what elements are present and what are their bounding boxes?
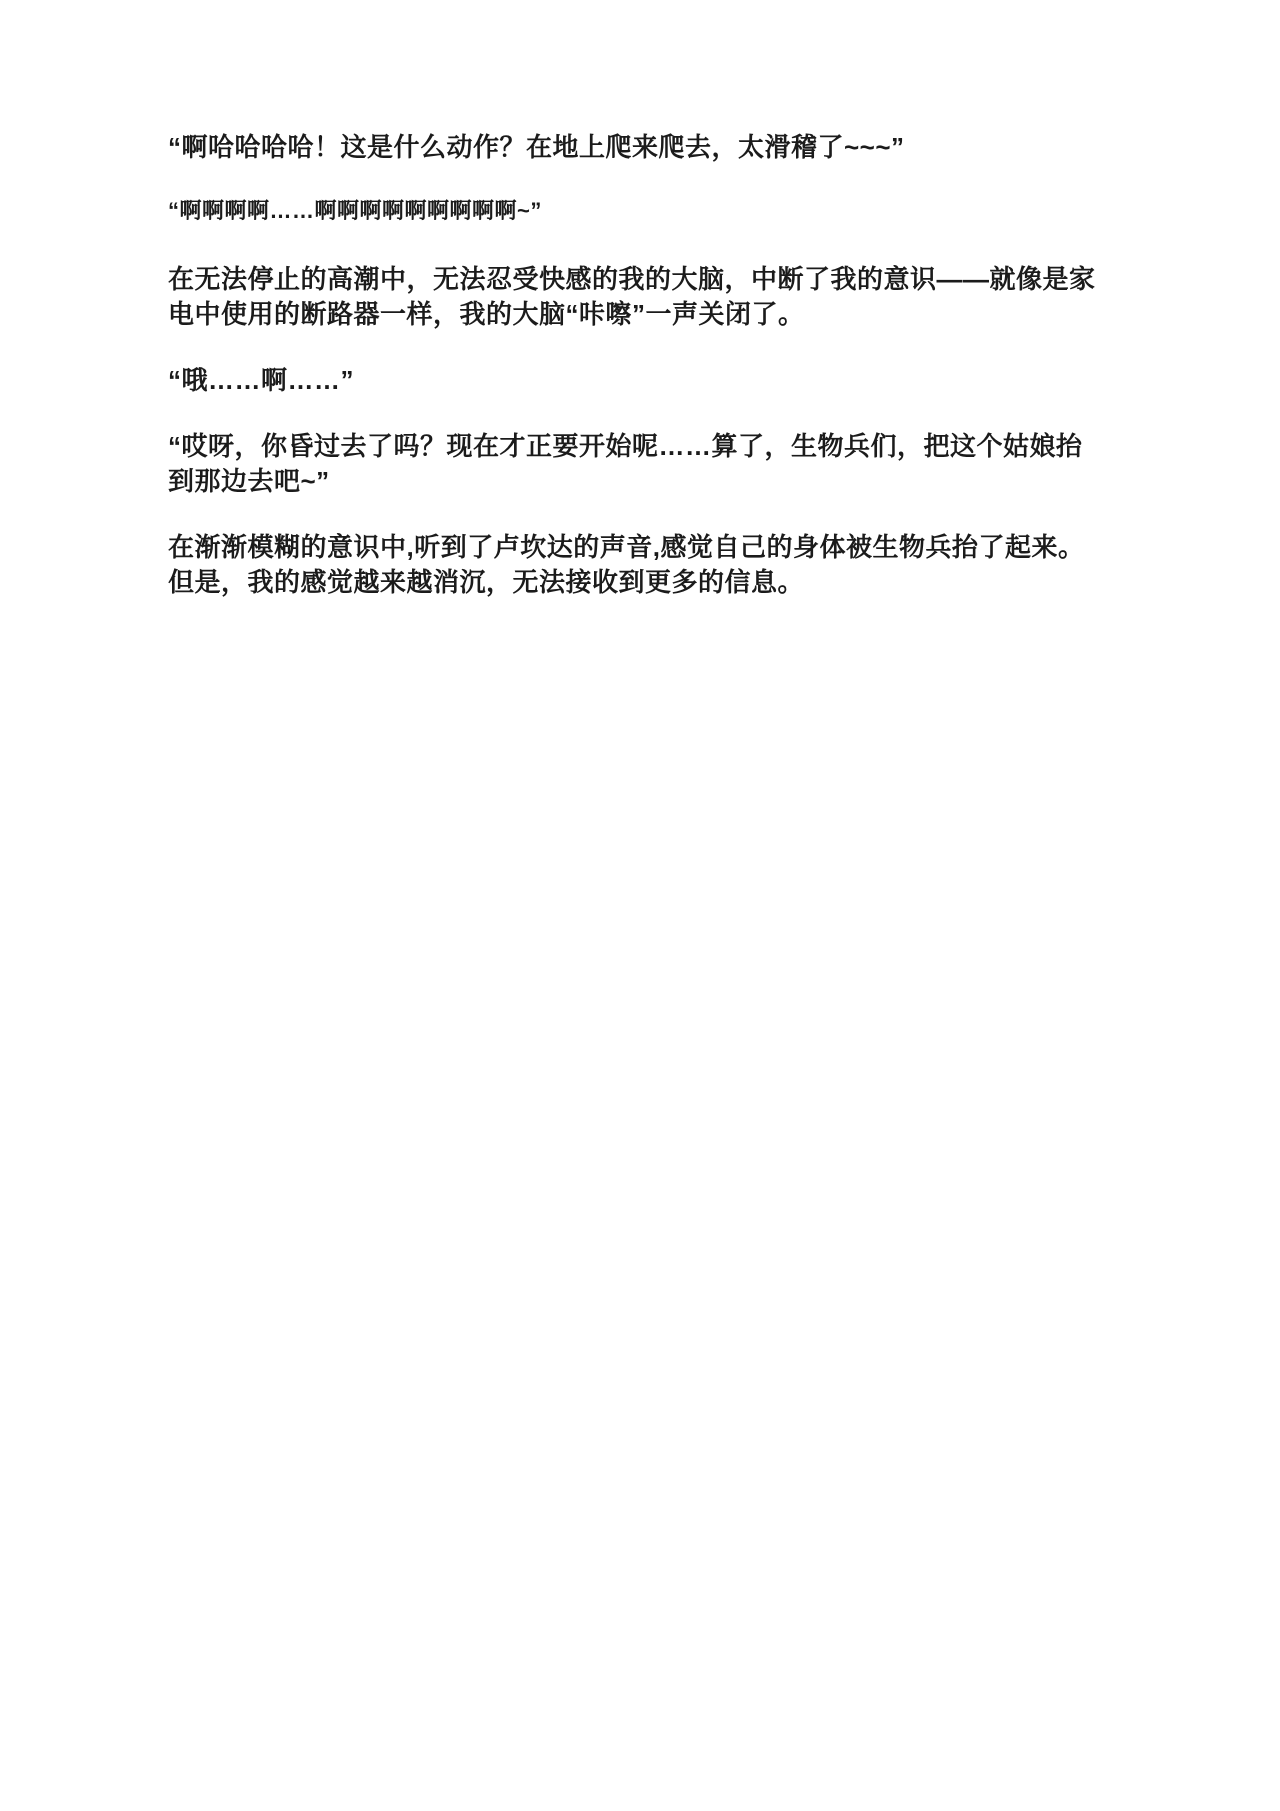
paragraph-narration-1: 在无法停止的高潮中，无法忍受快感的我的大脑，中断了我的意识——就像是家电中使用的… <box>168 262 1098 332</box>
paragraph-dialogue-1: “啊哈哈哈哈！这是什么动作？在地上爬来爬去，太滑稽了~~~” <box>168 130 1098 165</box>
paragraph-narration-2: 在渐渐模糊的意识中,听到了卢坎达的声音,感觉自己的身体被生物兵抬了起来。但是，我… <box>168 530 1098 600</box>
paragraph-dialogue-3: “哦……啊……” <box>168 363 1098 398</box>
document-page: “啊哈哈哈哈！这是什么动作？在地上爬来爬去，太滑稽了~~~” “啊啊啊啊……啊啊… <box>0 0 1280 1811</box>
document-text-block: “啊哈哈哈哈！这是什么动作？在地上爬来爬去，太滑稽了~~~” “啊啊啊啊……啊啊… <box>168 130 1098 631</box>
paragraph-dialogue-2: “啊啊啊啊……啊啊啊啊啊啊啊啊啊~” <box>168 196 1098 226</box>
paragraph-dialogue-4: “哎呀，你昏过去了吗？现在才正要开始呢……算了，生物兵们，把这个姑娘抬到那边去吧… <box>168 429 1098 499</box>
